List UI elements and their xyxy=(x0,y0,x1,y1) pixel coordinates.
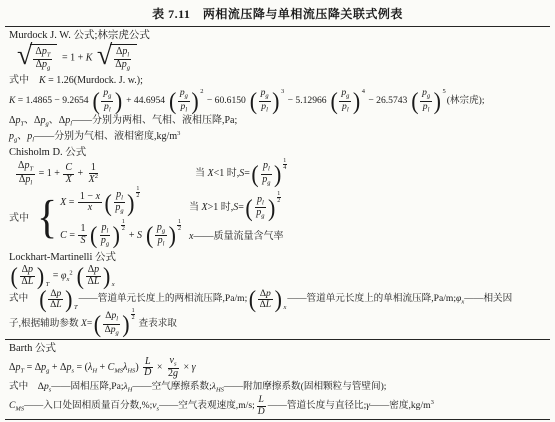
section-chisholm: Chisholm D. 公式 ΔpTΔpl = 1 + CX + 1X2 当 X… xyxy=(5,146,550,249)
lm-desc-line2: 子,根据辅助参数 X=(ΔplΔpg)12 查表求取 xyxy=(9,311,550,337)
left-brace-glyph: { xyxy=(37,198,57,240)
top-rule xyxy=(5,26,550,27)
chisholm-condition-xlt1: 当 X<1 时,S=(plpg)14 xyxy=(195,161,550,187)
murdock-formula: √ΔpTΔpg = 1 + K √ΔplΔpg xyxy=(9,44,550,73)
barth-desc-line2: CMS——入口处固相质量百分数,%;vs——空气表观速度,m/s;LD——管道长… xyxy=(9,395,550,416)
chisholm-condition-xgt1: 当 X>1 时,S=(plpg)12 xyxy=(189,195,550,221)
barth-divider-rule xyxy=(5,339,550,340)
chisholm-shizhong-label: 式中 xyxy=(9,213,29,224)
murdock-desc-densities: pg、pl——分别为气相、液相密度,kg/m3 xyxy=(9,130,550,145)
chisholm-heading: Chisholm D. 公式 xyxy=(9,146,550,159)
murdock-k-line: 式中 K = 1.26(Murdock. J. w.); xyxy=(9,75,550,88)
chisholm-row-main: ΔpTΔpl = 1 + CX + 1X2 当 X<1 时,S=(plpg)14 xyxy=(9,160,550,188)
chisholm-right-column: 当 X>1 时,S=(plpg)12 x——质量流量含气率 xyxy=(189,194,550,244)
chisholm-x-definition: x——质量流量含气率 xyxy=(189,231,550,244)
scanned-table-page: 表 7.11 两相流压降与单相流压降关联式例表 Murdock J. W. 公式… xyxy=(0,0,555,422)
chisholm-row-cases: 式中{X = 1 − xx(plpg)12C = 1S(plpg)12 + S … xyxy=(9,189,550,249)
section-lockhart-martinelli: Lockhart-Martinelli 公式 (ΔpΔL)T = φx2 (Δp… xyxy=(5,251,550,337)
chisholm-cases-group: {X = 1 − xx(plpg)12C = 1S(plpg)12 + S (p… xyxy=(37,189,182,249)
bottom-rule xyxy=(5,419,550,420)
chisholm-case-x: X = 1 − xx(plpg)12 xyxy=(60,190,182,216)
barth-formula: ΔpT = Δpg + Δps = (λH + CMSλHS) LD × vs2… xyxy=(9,356,550,380)
section-murdock: Murdock J. W. 公式;林宗虎公式 √ΔpTΔpg = 1 + K √… xyxy=(5,29,550,144)
chisholm-cases-block: 式中{X = 1 − xx(plpg)12C = 1S(plpg)12 + S … xyxy=(9,189,189,249)
lm-heading: Lockhart-Martinelli 公式 xyxy=(9,251,550,264)
chisholm-cases-rows: X = 1 − xx(plpg)12C = 1S(plpg)12 + S (pg… xyxy=(60,189,182,249)
murdock-desc-pressures: ΔpT、Δpg、Δpl——分别为两相、气相、液相压降,Pa; xyxy=(9,115,550,129)
murdock-k-polynomial: K = 1.4865 − 9.2654 (pgpl) + 44.6954 (pg… xyxy=(9,88,550,114)
barth-desc-line1: 式中 Δps——固相压降,Pa;λH——空气摩擦系数;λHS——附加摩擦系数(固… xyxy=(9,381,550,395)
table-title: 表 7.11 两相流压降与单相流压降关联式例表 xyxy=(5,7,550,22)
section-barth: Barth 公式 ΔpT = Δpg + Δps = (λH + CMSλHS)… xyxy=(5,342,550,417)
chisholm-main-formula: ΔpTΔpl = 1 + CX + 1X2 xyxy=(9,161,195,187)
lm-desc-line1: 式中 (ΔpΔL)T——管道单元长度上的两相流压降,Pa/m;(ΔpΔL)x——… xyxy=(9,288,550,310)
chisholm-case-c: C = 1S(plpg)12 + S (pgpl)12 xyxy=(60,223,182,249)
murdock-heading: Murdock J. W. 公式;林宗虎公式 xyxy=(9,29,550,42)
barth-heading: Barth 公式 xyxy=(9,342,550,355)
